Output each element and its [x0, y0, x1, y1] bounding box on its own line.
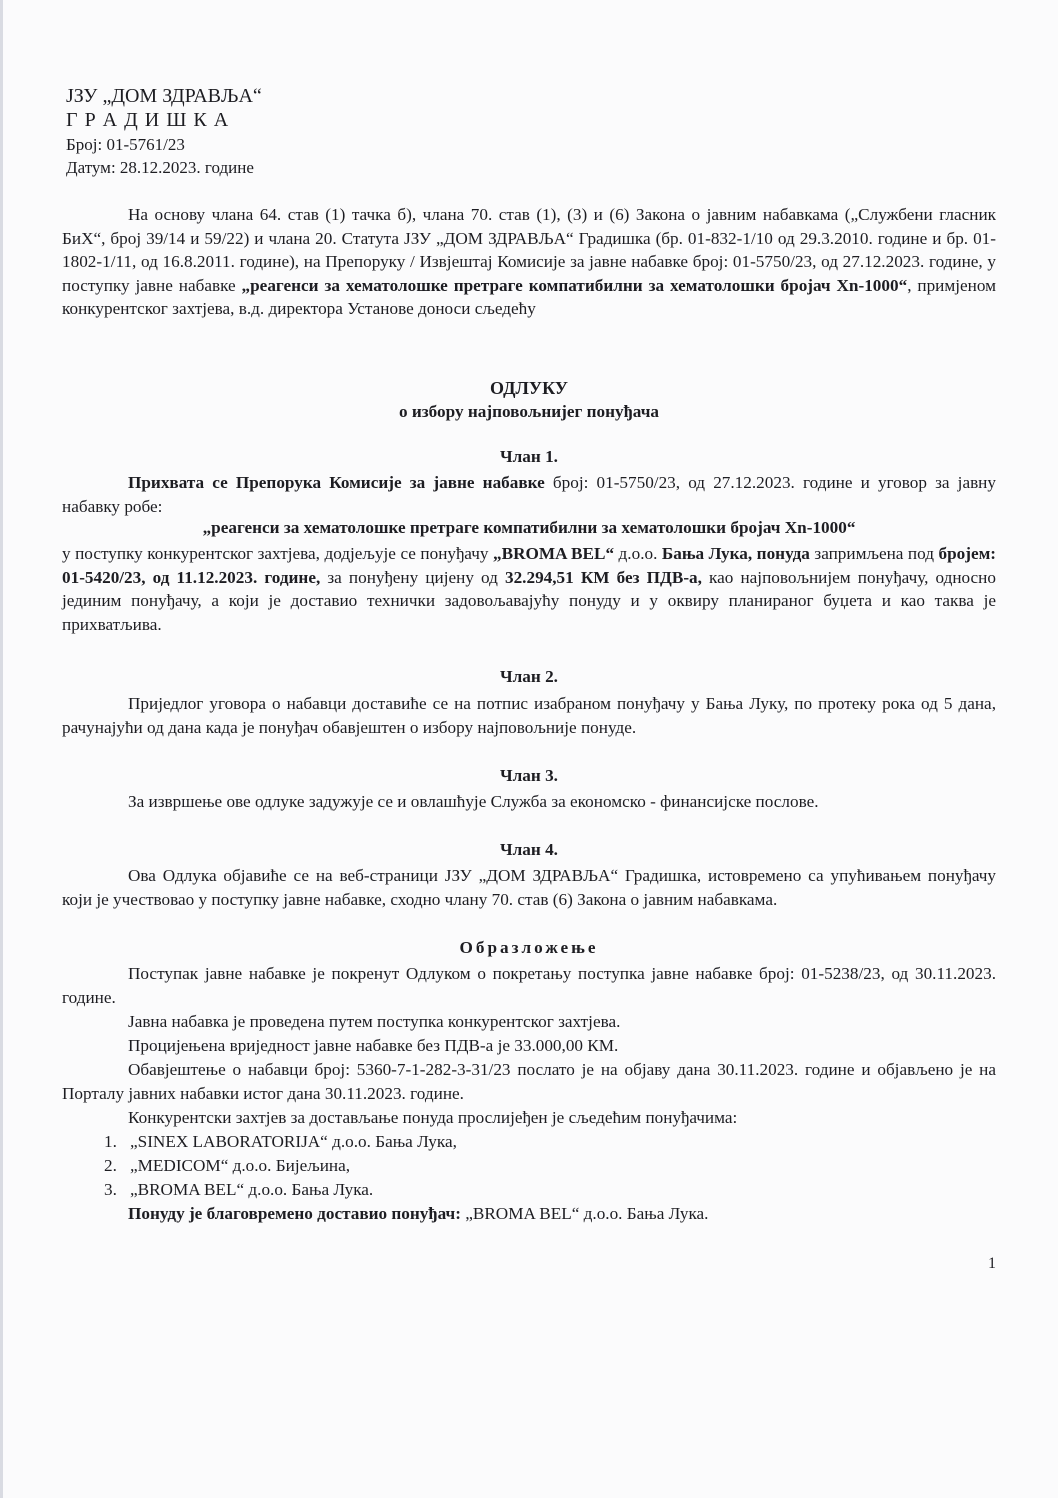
a1-text-d: за понуђену цијену од — [320, 568, 505, 587]
bidder-name: „MEDICOM“ д.о.о. Бијељина, — [130, 1156, 350, 1175]
list-number: 1. — [104, 1130, 130, 1154]
institution-name: ЈЗУ „ДОМ ЗДРАВЉА“ — [66, 84, 262, 108]
document-date: Датум: 28.12.2023. године — [66, 156, 254, 180]
reasoning-heading: Образложење — [62, 938, 996, 958]
article-4-text: Ова Одлука објавиће се на веб-страници Ј… — [62, 866, 996, 909]
reasoning-p5: Конкурентски захтјев за достављање понуд… — [62, 1106, 996, 1130]
bidder-name: „SINEX LABORATORIJA“ д.о.о. Бања Лука, — [130, 1132, 457, 1151]
article-3-heading: Члан 3. — [62, 766, 996, 786]
list-number: 2. — [104, 1154, 130, 1178]
reasoning-p3-text: Процијењена вриједност јавне набавке без… — [128, 1036, 618, 1055]
delivered-offer: Понуду је благовремено доставио понуђач:… — [62, 1202, 996, 1226]
reasoning-p1: Поступак јавне набавке је покренут Одлук… — [62, 962, 996, 1009]
scan-edge — [0, 0, 3, 1498]
a1-bidder: „BROMA BEL“ — [493, 544, 614, 563]
a1-text-c: запримљена под — [810, 544, 939, 563]
delivered-rest: „BROMA BEL“ д.о.о. Бања Лука. — [461, 1204, 709, 1223]
institution-city: Г Р А Д И Ш К А — [66, 108, 229, 132]
reasoning-p4-text: Обавјештење о набавци број: 5360-7-1-282… — [62, 1060, 996, 1103]
reasoning-p3: Процијењена вриједност јавне набавке без… — [62, 1034, 996, 1058]
preamble: На основу члана 64. став (1) тачка б), ч… — [62, 203, 996, 321]
reasoning-p5-text: Конкурентски захтјев за достављање понуд… — [128, 1108, 737, 1127]
reasoning-p2: Јавна набавка је проведена путем поступк… — [62, 1010, 996, 1034]
bidder-list-item: 2.„MEDICOM“ д.о.о. Бијељина, — [104, 1154, 350, 1178]
reasoning-p4: Обавјештење о набавци број: 5360-7-1-282… — [62, 1058, 996, 1105]
article-3-body: За извршење ове одлуке задужује се и овл… — [62, 790, 996, 814]
bidder-name: „BROMA BEL“ д.о.о. Бања Лука. — [130, 1180, 373, 1199]
article-3-text: За извршење ове одлуке задужује се и овл… — [128, 792, 819, 811]
preamble-subject: „реагенси за хематолошке претраге компат… — [242, 276, 908, 295]
list-number: 3. — [104, 1178, 130, 1202]
delivered-bold: Понуду је благовремено доставио понуђач: — [128, 1204, 461, 1223]
article-2-heading: Члан 2. — [62, 667, 996, 687]
a1-text-b: д.о.о. — [614, 544, 662, 563]
bidder-list-item: 3.„BROMA BEL“ д.о.о. Бања Лука. — [104, 1178, 373, 1202]
article-1-bold-lead: Прихвата се Препорука Комисије за јавне … — [128, 473, 545, 492]
a1-price: 32.294,51 КМ без ПДВ-а, — [505, 568, 702, 587]
page-number: 1 — [988, 1255, 996, 1273]
article-1-heading: Члан 1. — [62, 447, 996, 467]
decision-title: ОДЛУКУ — [62, 378, 996, 399]
reasoning-p1-text: Поступак јавне набавке је покренут Одлук… — [62, 964, 996, 1007]
article-2-body: Приједлог уговора о набавци доставиће се… — [62, 692, 996, 739]
article-2-text: Приједлог уговора о набавци доставиће се… — [62, 694, 996, 737]
article-4-body: Ова Одлука објавиће се на веб-страници Ј… — [62, 864, 996, 911]
reasoning-p2-text: Јавна набавка је проведена путем поступк… — [128, 1012, 620, 1031]
a1-text-a: у поступку конкурентског захтјева, додје… — [62, 544, 493, 563]
bidder-list-item: 1.„SINEX LABORATORIJA“ д.о.о. Бања Лука, — [104, 1130, 457, 1154]
article-1-lead: Прихвата се Препорука Комисије за јавне … — [62, 471, 996, 518]
article-1-body: у поступку конкурентског захтјева, додје… — [62, 542, 996, 636]
article-1-subject: „реагенси за хематолошке претраге компат… — [62, 518, 996, 538]
a1-bidder-city: Бања Лука, понуда — [662, 544, 810, 563]
document-page: ЈЗУ „ДОМ ЗДРАВЉА“ Г Р А Д И Ш К А Број: … — [0, 0, 1058, 1498]
article-4-heading: Члан 4. — [62, 840, 996, 860]
decision-subtitle: о избору најповољнијег понуђача — [62, 402, 996, 422]
document-number: Број: 01-5761/23 — [66, 133, 185, 157]
